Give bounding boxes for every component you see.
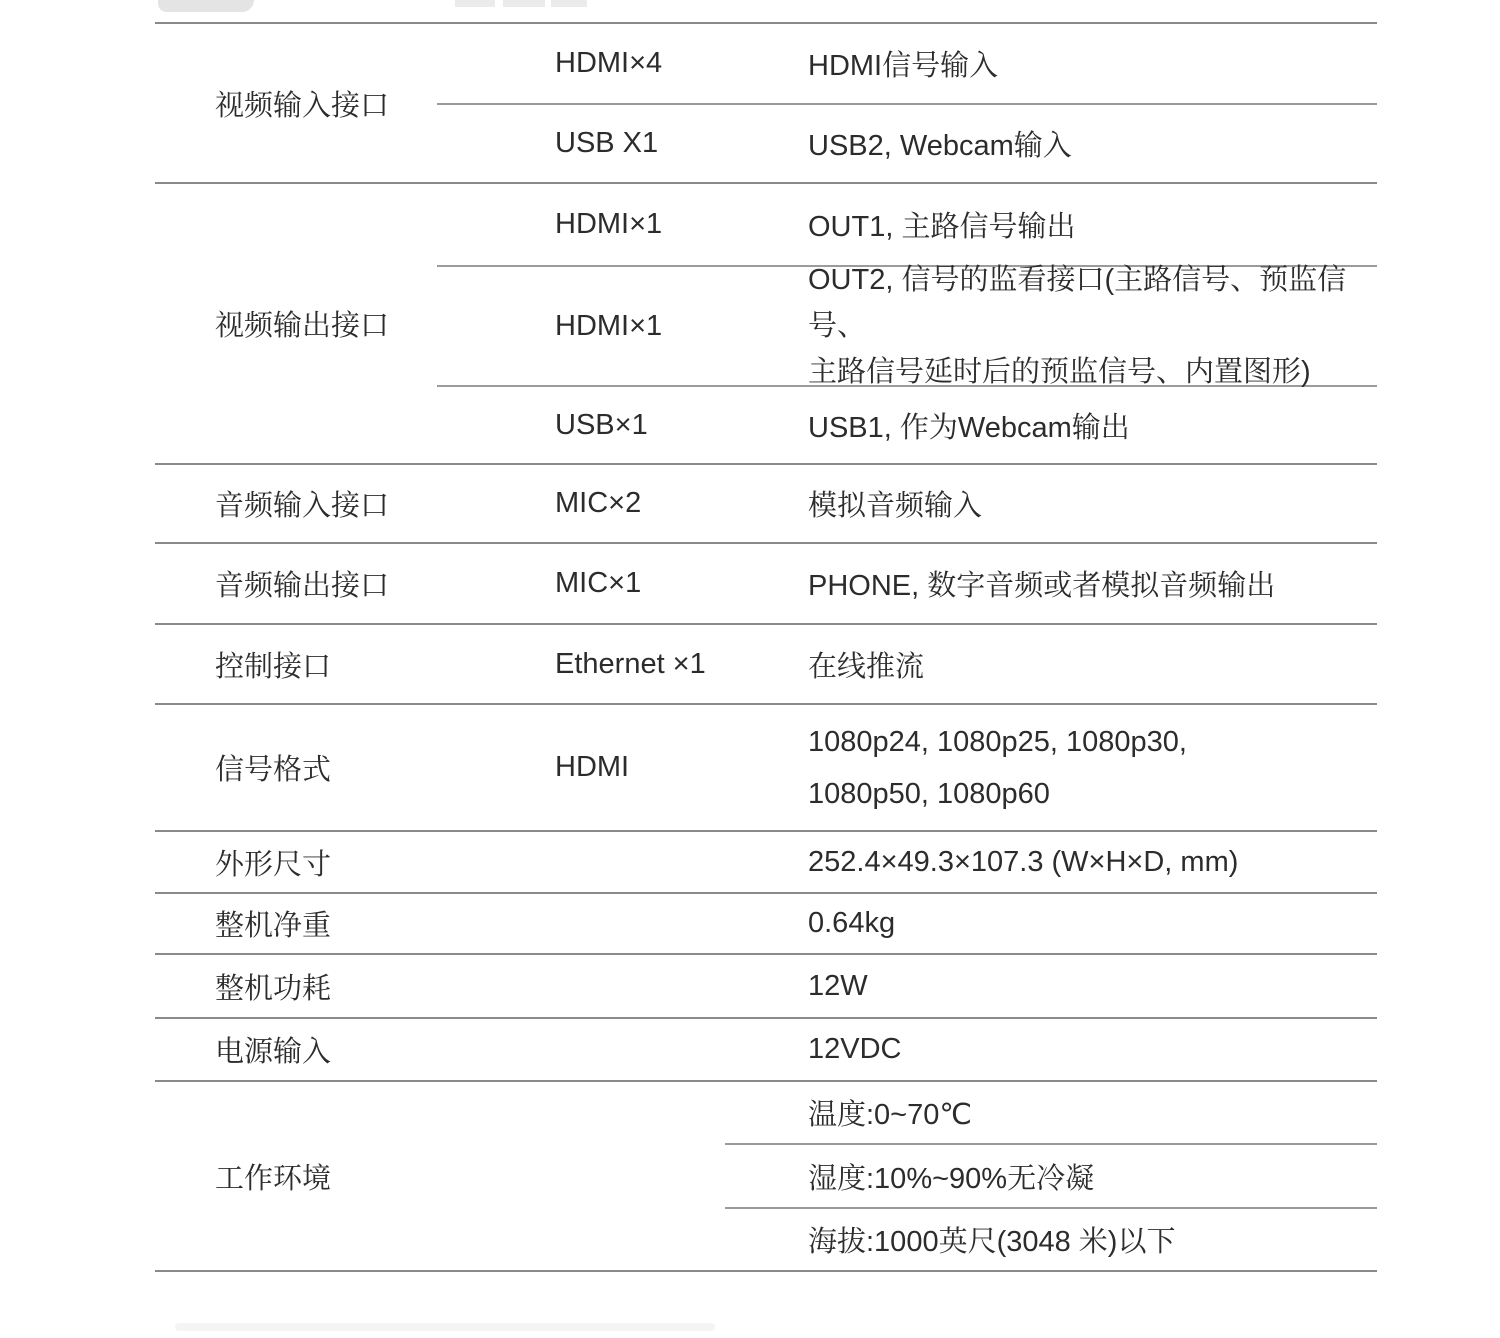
category-cell: 电源输入	[155, 1029, 555, 1070]
category-label: 信号格式	[215, 747, 331, 788]
description-cell: 12W	[808, 970, 1377, 1003]
category-cell: 视频输出接口	[155, 184, 437, 463]
section-signal-format: 信号格式 HDMI 1080p24, 1080p25, 1080p30, 108…	[155, 705, 1377, 832]
interface-cell: HDMI×1	[437, 310, 808, 343]
spec-row: 海拔:1000英尺(3048 米)以下	[725, 1209, 1377, 1270]
description-value: USB1, 作为Webcam输出	[808, 405, 1377, 446]
description-value: OUT2, 信号的监看接口(主路信号、预监信号、	[808, 257, 1377, 349]
spec-row: HDMI×4 HDMI信号输入	[437, 24, 1377, 105]
description-value: 12VDC	[808, 1033, 1377, 1066]
spec-row: 温度:0~70℃	[725, 1082, 1377, 1145]
description-value: 模拟音频输入	[808, 483, 1377, 524]
description-value: OUT1, 主路信号输出	[808, 204, 1377, 245]
section-operating-environment: 工作环境 温度:0~70℃ 湿度:10%~90%无冷凝 海拔:1000英尺(30…	[155, 1082, 1377, 1272]
interface-cell: Ethernet ×1	[555, 648, 808, 681]
category-label: 工作环境	[215, 1156, 331, 1197]
category-label: 外形尺寸	[215, 842, 331, 883]
spec-row: USB X1 USB2, Webcam输入	[437, 105, 1377, 182]
section-audio-output: 音频输出接口 MIC×1 PHONE, 数字音频或者模拟音频输出	[155, 544, 1377, 625]
section-video-input: 视频输入接口 HDMI×4 HDMI信号输入 USB X1 USB2, Webc…	[155, 24, 1377, 184]
interface-value: HDMI×1	[555, 310, 662, 342]
interface-cell: MIC×1	[555, 567, 808, 600]
cropped-text-fragment	[158, 0, 254, 12]
description-value: 1080p24, 1080p25, 1080p30,	[808, 716, 1377, 768]
interface-value: USB×1	[555, 409, 648, 441]
category-cell: 整机净重	[155, 903, 555, 944]
section-rows: HDMI×1 OUT1, 主路信号输出 HDMI×1 OUT2, 信号的监看接口…	[437, 184, 1377, 463]
interface-value: Ethernet ×1	[555, 648, 706, 680]
category-label: 视频输出接口	[215, 303, 389, 344]
smudge-artifact	[175, 1323, 715, 1331]
section-control: 控制接口 Ethernet ×1 在线推流	[155, 625, 1377, 705]
description-cell: 0.64kg	[808, 907, 1377, 940]
category-cell: 信号格式	[155, 747, 555, 788]
description-cell: OUT2, 信号的监看接口(主路信号、预监信号、 主路信号延时后的预监信号、内置…	[808, 257, 1377, 395]
category-cell: 控制接口	[155, 644, 555, 685]
section-net-weight: 整机净重 0.64kg	[155, 894, 1377, 955]
section-dimensions: 外形尺寸 252.4×49.3×107.3 (W×H×D, mm)	[155, 832, 1377, 894]
description-value: 12W	[808, 970, 1377, 1003]
interface-value: HDMI×4	[555, 47, 662, 79]
category-label: 视频输入接口	[215, 83, 389, 124]
description-cell: 湿度:10%~90%无冷凝	[725, 1156, 1377, 1197]
section-power-consumption: 整机功耗 12W	[155, 955, 1377, 1019]
description-cell: HDMI信号输入	[808, 43, 1377, 84]
interface-cell: HDMI	[555, 751, 808, 784]
section-power-input: 电源输入 12VDC	[155, 1019, 1377, 1082]
cropped-text-fragment	[503, 0, 545, 7]
cropped-text-fragment	[455, 0, 495, 7]
interface-value: MIC×2	[555, 487, 641, 519]
description-cell: 在线推流	[808, 644, 1377, 685]
section-video-output: 视频输出接口 HDMI×1 OUT1, 主路信号输出 HDMI×1 OUT2, …	[155, 184, 1377, 465]
category-cell: 视频输入接口	[155, 24, 437, 182]
description-value: 湿度:10%~90%无冷凝	[808, 1163, 1094, 1195]
category-cell: 工作环境	[155, 1082, 725, 1270]
category-label: 音频输出接口	[215, 563, 389, 604]
category-label: 整机净重	[215, 903, 331, 944]
description-cell: 模拟音频输入	[808, 483, 1377, 524]
category-cell: 外形尺寸	[155, 842, 555, 883]
section-rows: HDMI×4 HDMI信号输入 USB X1 USB2, Webcam输入	[437, 24, 1377, 182]
interface-value: MIC×1	[555, 567, 641, 599]
spec-row: USB×1 USB1, 作为Webcam输出	[437, 387, 1377, 463]
category-label: 音频输入接口	[215, 483, 389, 524]
description-value: 温度:0~70℃	[808, 1099, 972, 1131]
spec-row: HDMI×1 OUT1, 主路信号输出	[437, 184, 1377, 267]
spec-row: HDMI×1 OUT2, 信号的监看接口(主路信号、预监信号、 主路信号延时后的…	[437, 267, 1377, 387]
description-cell: 1080p24, 1080p25, 1080p30, 1080p50, 1080…	[808, 716, 1377, 820]
interface-cell: HDMI×1	[437, 208, 808, 241]
category-cell: 音频输入接口	[155, 483, 555, 524]
description-value: 0.64kg	[808, 907, 1377, 940]
description-cell: 12VDC	[808, 1033, 1377, 1066]
description-cell: 252.4×49.3×107.3 (W×H×D, mm)	[808, 846, 1377, 879]
category-label: 电源输入	[215, 1029, 331, 1070]
description-cell: 温度:0~70℃	[725, 1092, 1377, 1133]
description-cell: PHONE, 数字音频或者模拟音频输出	[808, 563, 1377, 604]
interface-cell: HDMI×4	[437, 47, 808, 80]
interface-value: HDMI	[555, 751, 629, 783]
description-cell: USB1, 作为Webcam输出	[808, 405, 1377, 446]
interface-value: HDMI×1	[555, 208, 662, 240]
description-cell: 海拔:1000英尺(3048 米)以下	[725, 1219, 1377, 1260]
section-audio-input: 音频输入接口 MIC×2 模拟音频输入	[155, 465, 1377, 544]
description-value: 海拔:1000英尺(3048 米)以下	[808, 1226, 1175, 1258]
cropped-text-fragment	[551, 0, 587, 7]
section-rows: 温度:0~70℃ 湿度:10%~90%无冷凝 海拔:1000英尺(3048 米)…	[725, 1082, 1377, 1270]
description-value: USB2, Webcam输入	[808, 123, 1377, 164]
spec-sheet: 视频输入接口 HDMI×4 HDMI信号输入 USB X1 USB2, Webc…	[0, 0, 1500, 1338]
category-label: 控制接口	[215, 644, 331, 685]
interface-cell: USB X1	[437, 127, 808, 160]
interface-cell: MIC×2	[555, 487, 808, 520]
description-value: 在线推流	[808, 644, 1377, 685]
interface-value: USB X1	[555, 127, 658, 159]
category-cell: 整机功耗	[155, 966, 555, 1007]
description-value: 1080p50, 1080p60	[808, 768, 1377, 820]
spec-table: 视频输入接口 HDMI×4 HDMI信号输入 USB X1 USB2, Webc…	[155, 22, 1377, 1270]
description-value: 252.4×49.3×107.3 (W×H×D, mm)	[808, 846, 1377, 879]
category-label: 整机功耗	[215, 966, 331, 1007]
description-cell: OUT1, 主路信号输出	[808, 204, 1377, 245]
description-value: PHONE, 数字音频或者模拟音频输出	[808, 563, 1377, 604]
description-cell: USB2, Webcam输入	[808, 123, 1377, 164]
category-cell: 音频输出接口	[155, 563, 555, 604]
interface-cell: USB×1	[437, 409, 808, 442]
spec-row: 湿度:10%~90%无冷凝	[725, 1145, 1377, 1209]
description-value: HDMI信号输入	[808, 43, 1377, 84]
